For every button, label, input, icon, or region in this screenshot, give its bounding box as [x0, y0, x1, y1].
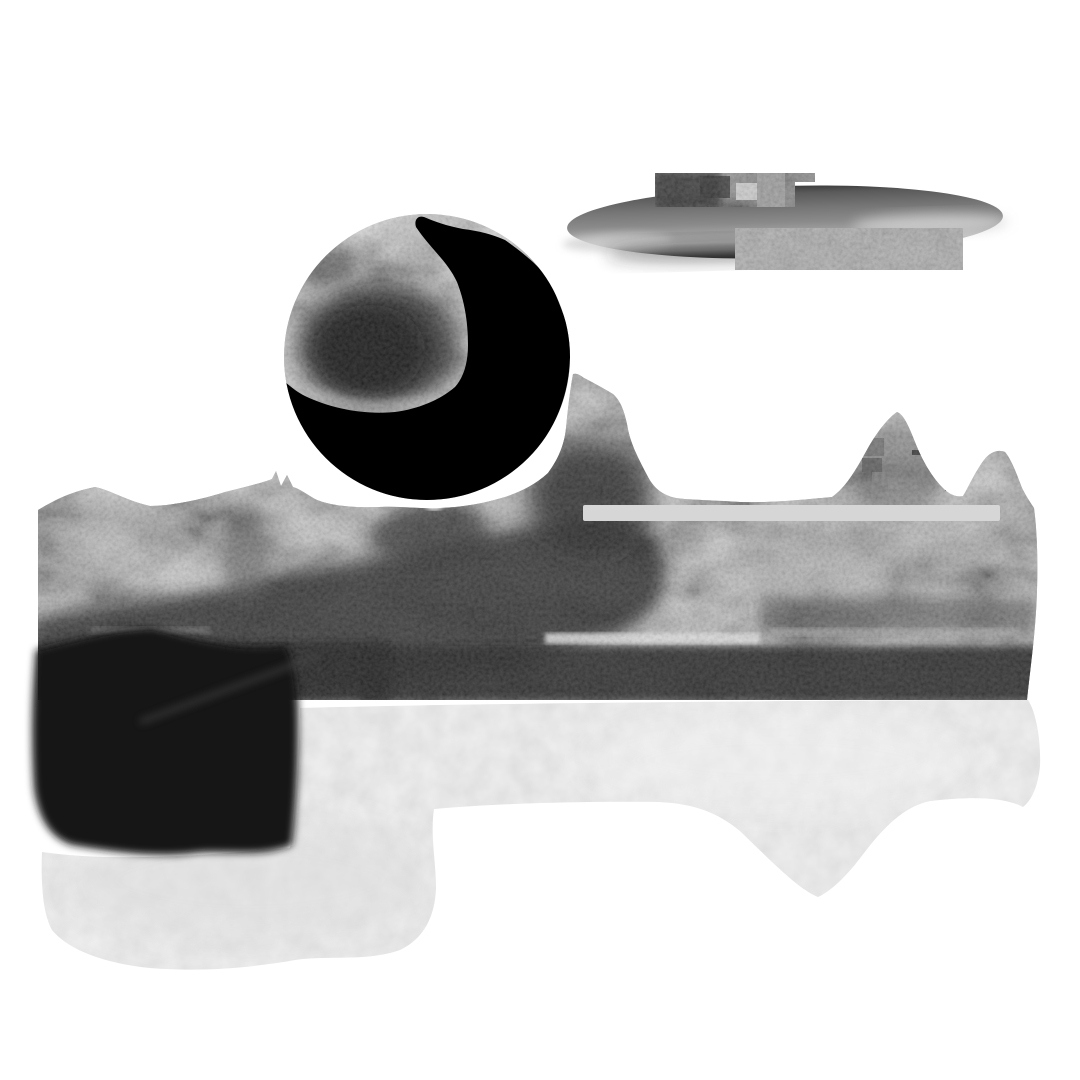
white-notch-under-circle	[425, 500, 443, 510]
glitch-block-top	[650, 168, 820, 213]
glitch-block-top-grain	[650, 168, 820, 213]
glitch-block-bottom-grain	[730, 223, 970, 275]
shore-light-right	[580, 710, 980, 810]
glitch-collage-canvas	[0, 0, 1080, 1080]
foreground-blob-group	[32, 628, 320, 855]
highlight-bar	[583, 505, 1000, 521]
foreground-blob	[32, 628, 298, 855]
glitch-block-bottom	[730, 223, 970, 275]
